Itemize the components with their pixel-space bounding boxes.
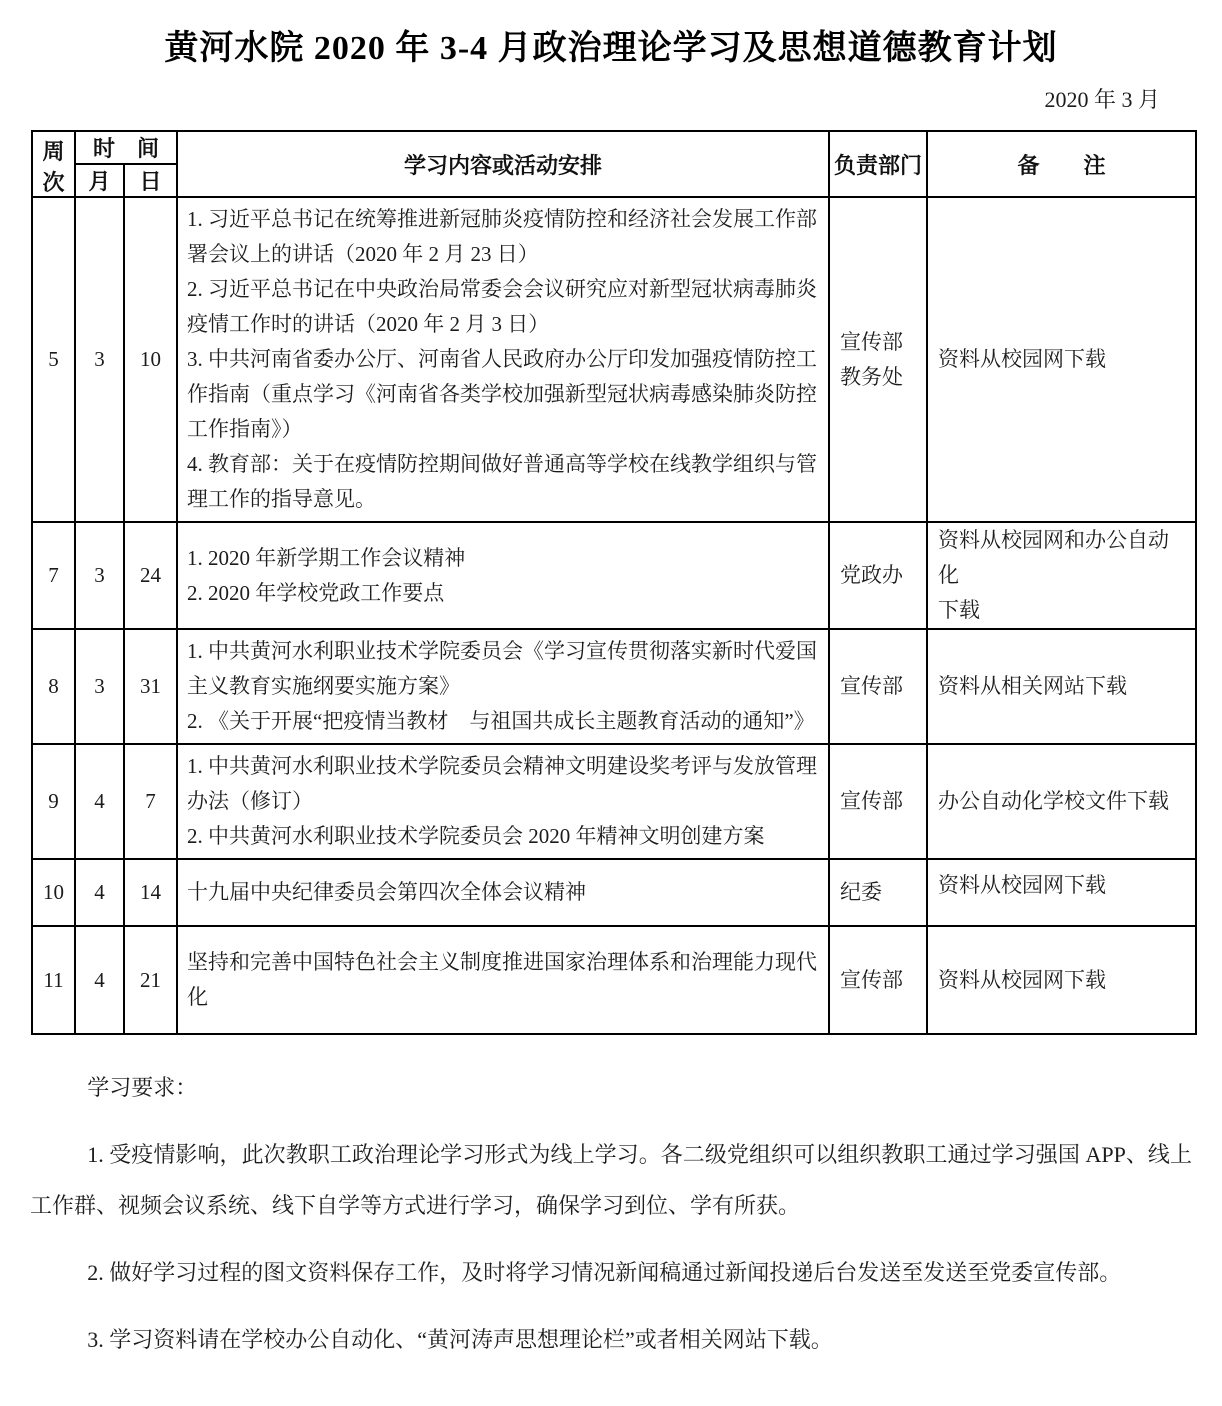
department-line: 宣传部 bbox=[840, 669, 926, 704]
document-page: 黄河水院 2020 年 3-4 月政治理论学习及思想道德教育计划 2020 年 … bbox=[0, 0, 1222, 1406]
department-cell: 宣传部 bbox=[829, 926, 927, 1034]
header-day: 日 bbox=[124, 164, 177, 197]
content-line: 2. 2020 年学校党政工作要点 bbox=[187, 576, 818, 611]
header-content: 学习内容或活动安排 bbox=[177, 131, 829, 197]
remark-line: 资料从校园网和办公自动化 bbox=[938, 523, 1187, 593]
department-cell: 党政办 bbox=[829, 522, 927, 629]
content-line: 2. 中共黄河水利职业技术学院委员会 2020 年精神文明创建方案 bbox=[187, 819, 818, 854]
content-line: 3. 中共河南省委办公厅、河南省人民政府办公厅印发加强疫情防控工作指南（重点学习… bbox=[187, 342, 818, 447]
month-cell: 4 bbox=[75, 859, 124, 926]
requirement-item: 3. 学习资料请在学校办公自动化、“黄河涛声思想理论栏”或者相关网站下载。 bbox=[30, 1314, 1192, 1365]
remark-cell: 资料从校园网和办公自动化 下载 bbox=[927, 522, 1196, 629]
content-cell: 1. 习近平总书记在统筹推进新冠肺炎疫情防控和经济社会发展工作部署会议上的讲话（… bbox=[177, 197, 829, 522]
day-cell: 31 bbox=[124, 629, 177, 744]
header-week: 周 次 bbox=[32, 131, 75, 197]
content-line: 4. 教育部：关于在疫情防控期间做好普通高等学校在线教学组织与管理工作的指导意见… bbox=[187, 447, 818, 517]
department-line: 宣传部 bbox=[840, 784, 926, 819]
department-cell: 宣传部 bbox=[829, 629, 927, 744]
day-cell: 21 bbox=[124, 926, 177, 1034]
content-cell: 坚持和完善中国特色社会主义制度推进国家治理体系和治理能力现代化 bbox=[177, 926, 829, 1034]
header-week-line2: 次 bbox=[33, 166, 74, 197]
remark-line: 资料从校园网下载 bbox=[938, 963, 1187, 998]
content-line: 1. 中共黄河水利职业技术学院委员会《学习宣传贯彻落实新时代爱国主义教育实施纲要… bbox=[187, 634, 818, 704]
date-line: 2020 年 3 月 bbox=[0, 83, 1222, 114]
department-line: 宣传部 bbox=[840, 963, 926, 998]
content-line: 1. 中共黄河水利职业技术学院委员会精神文明建设奖考评与发放管理办法（修订） bbox=[187, 749, 818, 819]
page-title: 黄河水院 2020 年 3-4 月政治理论学习及思想道德教育计划 bbox=[0, 0, 1222, 69]
remark-cell: 办公自动化学校文件下载 bbox=[927, 744, 1196, 859]
month-cell: 4 bbox=[75, 744, 124, 859]
remark-line: 下载 bbox=[938, 593, 1187, 628]
department-cell: 宣传部 教务处 bbox=[829, 197, 927, 522]
remark-cell: 资料从校园网下载 bbox=[927, 859, 1196, 926]
table-row: 8 3 31 1. 中共黄河水利职业技术学院委员会《学习宣传贯彻落实新时代爱国主… bbox=[32, 629, 1196, 744]
month-cell: 3 bbox=[75, 522, 124, 629]
table-row: 5 3 10 1. 习近平总书记在统筹推进新冠肺炎疫情防控和经济社会发展工作部署… bbox=[32, 197, 1196, 522]
month-cell: 3 bbox=[75, 629, 124, 744]
header-month: 月 bbox=[75, 164, 124, 197]
remark-cell: 资料从相关网站下载 bbox=[927, 629, 1196, 744]
remark-line: 办公自动化学校文件下载 bbox=[938, 784, 1187, 819]
day-cell: 24 bbox=[124, 522, 177, 629]
requirement-item: 1. 受疫情影响，此次教职工政治理论学习形式为线上学习。各二级党组织可以组织教职… bbox=[30, 1129, 1192, 1231]
table-row: 11 4 21 坚持和完善中国特色社会主义制度推进国家治理体系和治理能力现代化 … bbox=[32, 926, 1196, 1034]
content-line: 2. 习近平总书记在中央政治局常委会会议研究应对新型冠状病毒肺炎疫情工作时的讲话… bbox=[187, 272, 818, 342]
requirement-item: 2. 做好学习过程的图文资料保存工作，及时将学习情况新闻稿通过新闻投递后台发送至… bbox=[30, 1247, 1192, 1298]
content-line: 坚持和完善中国特色社会主义制度推进国家治理体系和治理能力现代化 bbox=[187, 945, 818, 1015]
content-line: 2. 《关于开展“把疫情当教材 与祖国共成长主题教育活动的通知”》 bbox=[187, 704, 818, 739]
remark-cell: 资料从校园网下载 bbox=[927, 197, 1196, 522]
day-cell: 14 bbox=[124, 859, 177, 926]
study-plan-table: 周 次 时 间 学习内容或活动安排 负责部门 备 注 月 日 5 3 10 bbox=[31, 130, 1197, 1035]
header-week-line1: 周 bbox=[33, 135, 74, 166]
content-cell: 1. 中共黄河水利职业技术学院委员会《学习宣传贯彻落实新时代爱国主义教育实施纲要… bbox=[177, 629, 829, 744]
header-remark: 备 注 bbox=[927, 131, 1196, 197]
day-cell: 7 bbox=[124, 744, 177, 859]
header-department: 负责部门 bbox=[829, 131, 927, 197]
remark-line: 资料从相关网站下载 bbox=[938, 669, 1187, 704]
header-time: 时 间 bbox=[75, 131, 177, 164]
content-cell: 1. 中共黄河水利职业技术学院委员会精神文明建设奖考评与发放管理办法（修订） 2… bbox=[177, 744, 829, 859]
remark-line: 资料从校园网下载 bbox=[938, 342, 1187, 377]
table-row: 10 4 14 十九届中央纪律委员会第四次全体会议精神 纪委 资料从校园网下载 bbox=[32, 859, 1196, 926]
table-row: 7 3 24 1. 2020 年新学期工作会议精神 2. 2020 年学校党政工… bbox=[32, 522, 1196, 629]
remark-cell: 资料从校园网下载 bbox=[927, 926, 1196, 1034]
week-cell: 5 bbox=[32, 197, 75, 522]
content-cell: 1. 2020 年新学期工作会议精神 2. 2020 年学校党政工作要点 bbox=[177, 522, 829, 629]
department-line: 教务处 bbox=[840, 360, 926, 395]
study-requirements-section: 学习要求： 1. 受疫情影响，此次教职工政治理论学习形式为线上学习。各二级党组织… bbox=[30, 1063, 1192, 1365]
content-line: 十九届中央纪律委员会第四次全体会议精神 bbox=[187, 875, 818, 910]
content-cell: 十九届中央纪律委员会第四次全体会议精神 bbox=[177, 859, 829, 926]
week-cell: 8 bbox=[32, 629, 75, 744]
requirements-heading: 学习要求： bbox=[30, 1063, 1192, 1113]
remark-line: 资料从校园网下载 bbox=[938, 868, 1187, 903]
month-cell: 4 bbox=[75, 926, 124, 1034]
department-cell: 纪委 bbox=[829, 859, 927, 926]
content-line: 1. 2020 年新学期工作会议精神 bbox=[187, 541, 818, 576]
month-cell: 3 bbox=[75, 197, 124, 522]
week-cell: 10 bbox=[32, 859, 75, 926]
department-line: 宣传部 bbox=[840, 325, 926, 360]
week-cell: 7 bbox=[32, 522, 75, 629]
department-cell: 宣传部 bbox=[829, 744, 927, 859]
table-header-row-1: 周 次 时 间 学习内容或活动安排 负责部门 备 注 bbox=[32, 131, 1196, 164]
day-cell: 10 bbox=[124, 197, 177, 522]
content-line: 1. 习近平总书记在统筹推进新冠肺炎疫情防控和经济社会发展工作部署会议上的讲话（… bbox=[187, 202, 818, 272]
week-cell: 9 bbox=[32, 744, 75, 859]
department-line: 党政办 bbox=[840, 558, 926, 593]
week-cell: 11 bbox=[32, 926, 75, 1034]
department-line: 纪委 bbox=[840, 875, 926, 910]
table-row: 9 4 7 1. 中共黄河水利职业技术学院委员会精神文明建设奖考评与发放管理办法… bbox=[32, 744, 1196, 859]
